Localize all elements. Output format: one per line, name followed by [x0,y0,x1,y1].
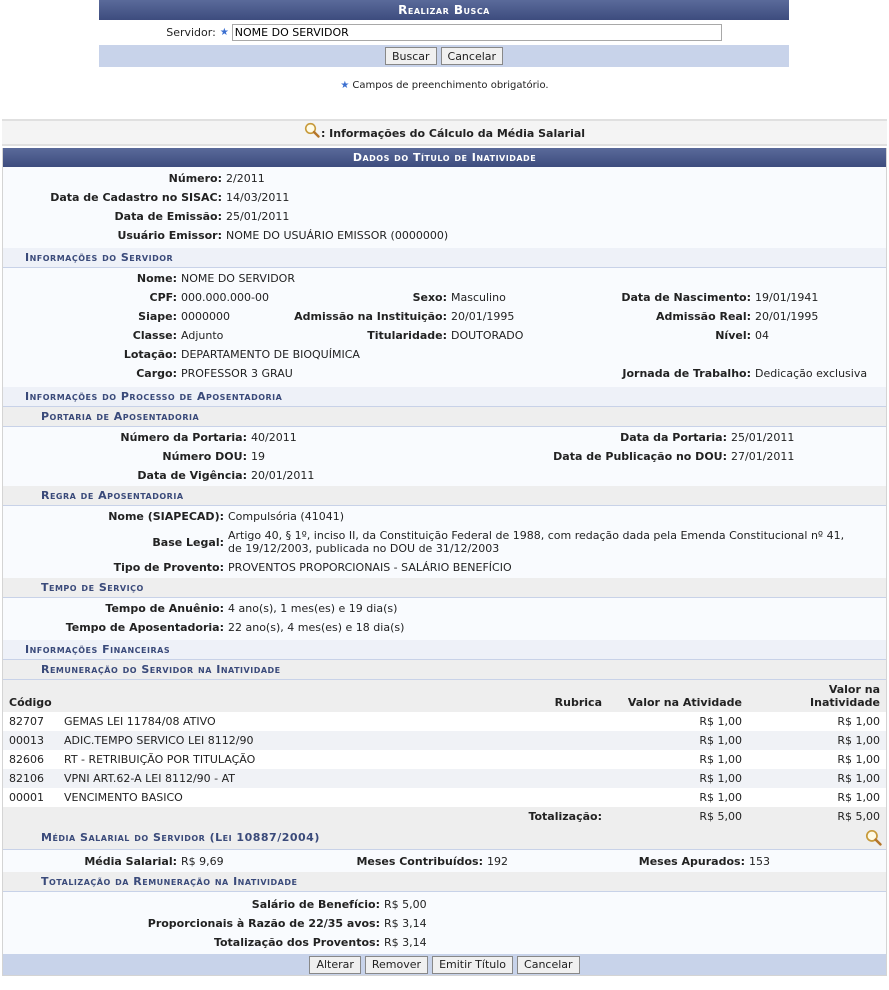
search-form: Realizar Busca Servidor: ★ Buscar Cancel… [99,0,789,67]
cell-codigo: 82606 [3,750,58,769]
titulo-inatividade-form: Dados do Título de Inatividade Número:2/… [2,148,887,976]
emitir-titulo-button[interactable]: Emitir Título [432,956,513,974]
anuenio-value: 4 ano(s), 1 mes(es) e 19 dia(s) [228,599,397,618]
magnifier-icon[interactable] [865,829,882,855]
jornada-label: Jornada de Trabalho: [616,364,755,383]
cell-codigo: 82707 [3,712,58,731]
cell-codigo: 00013 [3,731,58,750]
numero-dou-value: 19 [251,447,506,466]
meses-apurados-value: 153 [749,852,770,871]
usuario-label: Usuário Emissor: [3,226,226,245]
financeiras-section-title: Informações Financeiras [3,640,886,660]
cancelar-button[interactable]: Cancelar [517,956,580,974]
sexo-value: Masculino [451,288,616,307]
tempo-aposentadoria-label: Tempo de Aposentadoria: [3,618,228,637]
titularidade-label: Titularidade: [281,326,451,345]
meses-contribuidos-value: 192 [487,852,587,871]
cadastro-value: 14/03/2011 [226,188,289,207]
numero-dou-label: Número DOU: [3,447,251,466]
total-proventos-value: R$ 3,14 [384,933,427,952]
remuneracao-table: Código Rubrica Valor na Atividade Valor … [3,680,886,826]
cell-rubrica: VPNI ART.62-A LEI 8112/90 - AT [58,769,608,788]
numero-portaria-label: Número da Portaria: [3,428,251,447]
nivel-value: 04 [755,326,769,345]
cell-codigo: 82106 [3,769,58,788]
emissao-label: Data de Emissão: [3,207,226,226]
meses-apurados-label: Meses Apurados: [587,852,749,871]
total-proventos-label: Totalização dos Proventos: [3,933,384,952]
siape-value: 0000000 [181,307,281,326]
cell-inatividade: R$ 1,00 [748,750,886,769]
cancelar-search-button[interactable]: Cancelar [441,47,504,65]
remuneracao-section-title: Remuneração do Servidor na Inatividade [3,660,886,680]
buscar-button[interactable]: Buscar [385,47,437,65]
publicacao-dou-value: 27/01/2011 [731,447,794,466]
cargo-value: PROFESSOR 3 GRAU [181,364,616,383]
servidor-label: Servidor: [166,26,216,39]
publicacao-dou-label: Data de Publicação no DOU: [506,447,731,466]
nascimento-label: Data de Nascimento: [616,288,755,307]
base-legal-label: Base Legal: [3,536,228,549]
required-note: ★Campos de preenchimento obrigatório. [0,80,889,91]
vigencia-label: Data de Vigência: [3,466,251,485]
magnifier-icon [304,122,320,147]
media-salarial-label: Média Salarial: [3,852,181,871]
col-rubrica: Rubrica [58,680,608,712]
total-inatividade: R$ 5,00 [748,807,886,826]
action-bar: Alterar Remover Emitir Título Cancelar [3,954,886,975]
cell-codigo: 00001 [3,788,58,807]
col-atividade: Valor na Atividade [608,680,748,712]
cell-atividade: R$ 1,00 [608,712,748,731]
numero-value: 2/2011 [226,169,265,188]
meses-contribuidos-label: Meses Contribuídos: [301,852,487,871]
media-section-title: Média Salarial do Servidor (Lei 10887/20… [3,826,886,850]
nome-label: Nome: [3,269,181,288]
cell-atividade: R$ 1,00 [608,750,748,769]
sexo-label: Sexo: [351,288,451,307]
usuario-value: NOME DO USUÁRIO EMISSOR (0000000) [226,226,448,245]
legend: : Informações do Cálculo da Média Salari… [2,119,887,146]
salario-beneficio-value: R$ 5,00 [384,895,427,914]
cell-inatividade: R$ 1,00 [748,788,886,807]
table-row: 82106VPNI ART.62-A LEI 8112/90 - ATR$ 1,… [3,769,886,788]
col-codigo: Código [3,680,58,712]
legend-text: : Informações do Cálculo da Média Salari… [321,127,585,140]
lotacao-value: DEPARTAMENTO DE BIOQUÍMICA [181,345,360,364]
siapecad-label: Nome (SIAPECAD): [3,507,228,526]
vigencia-value: 20/01/2011 [251,466,314,485]
cell-rubrica: GEMAS LEI 11784/08 ATIVO [58,712,608,731]
salario-beneficio-label: Salário de Benefício: [3,895,384,914]
cargo-label: Cargo: [3,364,181,383]
emissao-value: 25/01/2011 [226,207,289,226]
cpf-label: CPF: [3,288,181,307]
alterar-button[interactable]: Alterar [309,956,360,974]
search-title: Realizar Busca [99,0,789,20]
table-row: 82606RT - RETRIBUIÇÃO POR TITULAÇÃOR$ 1,… [3,750,886,769]
total-label: Totalização: [58,807,608,826]
cell-rubrica: ADIC.TEMPO SERVICO LEI 8112/90 [58,731,608,750]
table-row: 82707GEMAS LEI 11784/08 ATIVOR$ 1,00R$ 1… [3,712,886,731]
numero-label: Número: [3,169,226,188]
table-row: 00001VENCIMENTO BASICOR$ 1,00R$ 1,00 [3,788,886,807]
portaria-section-title: Portaria de Aposentadoria [3,407,886,427]
cell-inatividade: R$ 1,00 [748,731,886,750]
admissao-inst-value: 20/01/1995 [451,307,616,326]
base-legal-value: Artigo 40, § 1º, inciso II, da Constitui… [228,529,844,555]
remover-button[interactable]: Remover [365,956,428,974]
required-star-icon: ★ [340,80,349,91]
col-inatividade: Valor naInatividade [748,680,886,712]
media-salarial-value: R$ 9,69 [181,852,301,871]
cell-rubrica: VENCIMENTO BASICO [58,788,608,807]
regra-section-title: Regra de Aposentadoria [3,486,886,506]
proporcionais-label: Proporcionais à Razão de 22/35 avos: [3,914,384,933]
table-row: 00013ADIC.TEMPO SERVICO LEI 8112/90R$ 1,… [3,731,886,750]
tempo-section-title: Tempo de Serviço [3,578,886,598]
data-portaria-label: Data da Portaria: [506,428,731,447]
admissao-inst-label: Admissão na Instituição: [281,307,451,326]
tempo-aposentadoria-value: 22 ano(s), 4 mes(es) e 18 dia(s) [228,618,404,637]
nivel-label: Nível: [616,326,755,345]
tipo-provento-value: PROVENTOS PROPORCIONAIS - SALÁRIO BENEFÍ… [228,558,512,577]
nome-value: NOME DO SERVIDOR [181,269,295,288]
totalizacao-section-title: Totalização da Remuneração na Inatividad… [3,872,886,892]
proporcionais-value: R$ 3,14 [384,914,427,933]
classe-value: Adjunto [181,326,281,345]
titularidade-value: DOUTORADO [451,326,616,345]
total-atividade: R$ 5,00 [608,807,748,826]
admissao-real-label: Admissão Real: [616,307,755,326]
tipo-provento-label: Tipo de Provento: [3,558,228,577]
cpf-value: 000.000.000-00 [181,288,351,307]
cell-atividade: R$ 1,00 [608,788,748,807]
numero-portaria-value: 40/2011 [251,428,506,447]
total-row: Totalização: R$ 5,00 R$ 5,00 [3,807,886,826]
lotacao-label: Lotação: [3,345,181,364]
classe-label: Classe: [3,326,181,345]
cadastro-label: Data de Cadastro no SISAC: [3,188,226,207]
required-star-icon: ★ [220,27,229,38]
data-portaria-value: 25/01/2011 [731,428,794,447]
siape-label: Siape: [3,307,181,326]
cell-inatividade: R$ 1,00 [748,712,886,731]
servidor-section-title: Informações do Servidor [3,248,886,268]
admissao-real-value: 20/01/1995 [755,307,818,326]
siapecad-value: Compulsória (41041) [228,507,344,526]
anuenio-label: Tempo de Anuênio: [3,599,228,618]
cell-inatividade: R$ 1,00 [748,769,886,788]
cell-rubrica: RT - RETRIBUIÇÃO POR TITULAÇÃO [58,750,608,769]
processo-section-title: Informações do Processo de Aposentadoria [3,387,886,407]
cell-atividade: R$ 1,00 [608,769,748,788]
main-title: Dados do Título de Inatividade [3,148,886,167]
jornada-value: Dedicação exclusiva [755,364,867,383]
nascimento-value: 19/01/1941 [755,288,818,307]
cell-atividade: R$ 1,00 [608,731,748,750]
servidor-input[interactable] [232,24,722,41]
